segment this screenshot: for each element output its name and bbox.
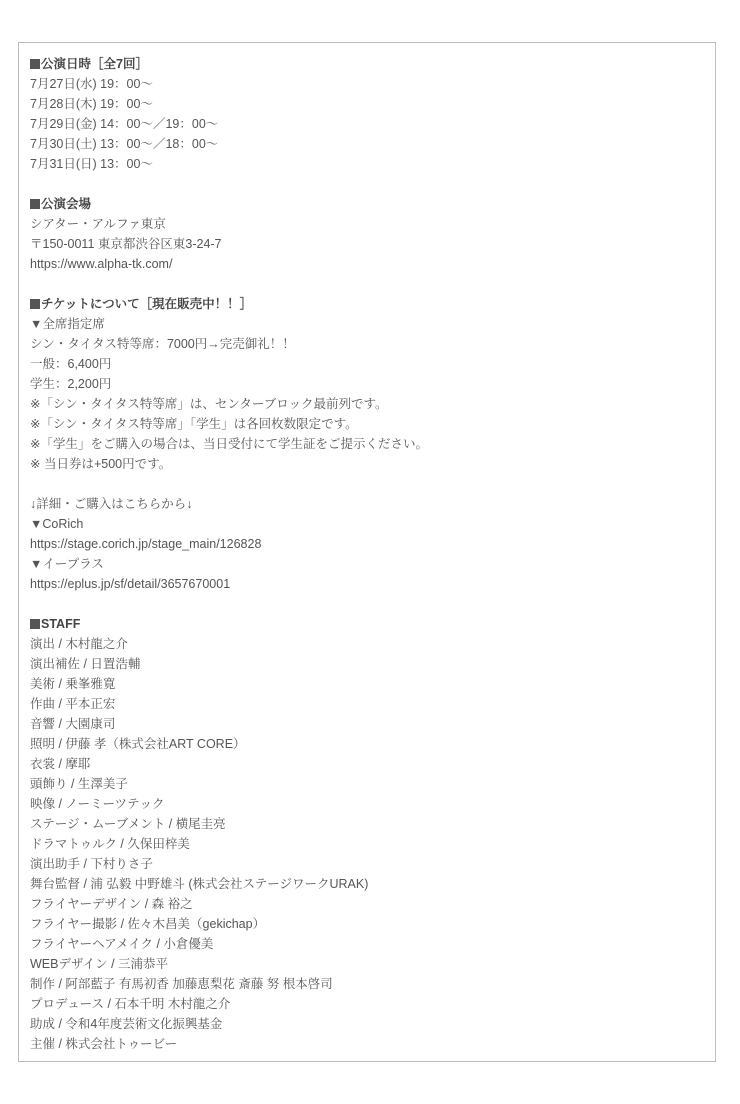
staff-heading: STAFF (30, 614, 715, 634)
square-bullet-icon (30, 619, 40, 629)
staff-line: ドラマトゥルク / 久保田梓美 (30, 834, 715, 854)
square-bullet-icon (30, 299, 40, 309)
staff-line: 舞台監督 / 浦 弘毅 中野雄斗 (株式会社ステージワークURAK) (30, 874, 715, 894)
tickets-heading: チケットについて［現在販売中！！］ (30, 294, 715, 314)
corich-label: ▼CoRich (30, 514, 715, 534)
ticket-line: 一般：6,400円 (30, 354, 715, 374)
staff-line: 頭飾り / 生澤美子 (30, 774, 715, 794)
ticket-line: ▼全席指定席 (30, 314, 715, 334)
staff-line: 助成 / 令和4年度芸術文化振興基金 (30, 1014, 715, 1034)
schedule-heading: 公演日時［全7回］ (30, 54, 715, 74)
square-bullet-icon (30, 199, 40, 209)
ticket-note: ※「シン・タイタス特等席」は、センターブロック最前列です。 (30, 394, 715, 414)
staff-line: 演出助手 / 下村りさ子 (30, 854, 715, 874)
schedule-line: 7月27日(水) 19：00〜 (30, 74, 715, 94)
staff-line: 美術 / 乗峯雅寛 (30, 674, 715, 694)
venue-heading-text: 公演会場 (41, 197, 91, 211)
corich-link[interactable]: https://stage.corich.jp/stage_main/12682… (30, 534, 715, 554)
spacer (30, 474, 715, 494)
ticket-note: ※「学生」をご購入の場合は、当日受付にて学生証をご提示ください。 (30, 434, 715, 454)
venue-heading: 公演会場 (30, 194, 715, 214)
ticket-line: シン・タイタス特等席：7000円→完売御礼！！ (30, 334, 715, 354)
staff-line: 照明 / 伊藤 孝（株式会社ART CORE） (30, 734, 715, 754)
venue-url[interactable]: https://www.alpha-tk.com/ (30, 254, 715, 274)
venue-address: 〒150-0011 東京都渋谷区東3-24-7 (30, 234, 715, 254)
tickets-heading-text: チケットについて［現在販売中！！］ (41, 297, 252, 311)
staff-line: 演出 / 木村龍之介 (30, 634, 715, 654)
staff-line: ステージ・ムーブメント / 横尾圭亮 (30, 814, 715, 834)
staff-line: 主催 / 株式会社トゥービー (30, 1034, 715, 1054)
venue-name: シアター・アルファ東京 (30, 214, 715, 234)
square-bullet-icon (30, 59, 40, 69)
eplus-label: ▼イープラス (30, 554, 715, 574)
staff-line: 作曲 / 平本正宏 (30, 694, 715, 714)
staff-line: フライヤー撮影 / 佐々木昌美（gekichap） (30, 914, 715, 934)
ticket-line: 学生：2,200円 (30, 374, 715, 394)
staff-line: 衣裳 / 摩耶 (30, 754, 715, 774)
staff-line: フライヤーヘアメイク / 小倉優美 (30, 934, 715, 954)
spacer (30, 174, 715, 194)
performance-info-box: 公演日時［全7回］ 7月27日(水) 19：00〜 7月28日(木) 19：00… (18, 42, 716, 1062)
schedule-line: 7月29日(金) 14：00〜／19：00〜 (30, 114, 715, 134)
staff-line: 映像 / ノーミーツテック (30, 794, 715, 814)
ticket-note: ※ 当日券は+500円です。 (30, 454, 715, 474)
staff-line: WEBデザイン / 三浦恭平 (30, 954, 715, 974)
spacer (30, 594, 715, 614)
spacer (30, 274, 715, 294)
staff-line: 音響 / 大園康司 (30, 714, 715, 734)
staff-heading-text: STAFF (41, 617, 80, 631)
staff-line: 演出補佐 / 日置浩輔 (30, 654, 715, 674)
schedule-heading-text: 公演日時［全7回］ (41, 57, 148, 71)
ticket-note: ※「シン・タイタス特等席」「学生」は各回枚数限定です。 (30, 414, 715, 434)
purchase-intro: ↓詳細・ご購入はこちらから↓ (30, 494, 715, 514)
schedule-line: 7月28日(木) 19：00〜 (30, 94, 715, 114)
eplus-link[interactable]: https://eplus.jp/sf/detail/3657670001 (30, 574, 715, 594)
staff-line: フライヤーデザイン / 森 裕之 (30, 894, 715, 914)
staff-line: 制作 / 阿部藍子 有馬初香 加藤恵梨花 斎藤 努 根本啓司 (30, 974, 715, 994)
staff-line: プロデュース / 石本千明 木村龍之介 (30, 994, 715, 1014)
schedule-line: 7月31日(日) 13：00〜 (30, 154, 715, 174)
schedule-line: 7月30日(土) 13：00〜／18：00〜 (30, 134, 715, 154)
